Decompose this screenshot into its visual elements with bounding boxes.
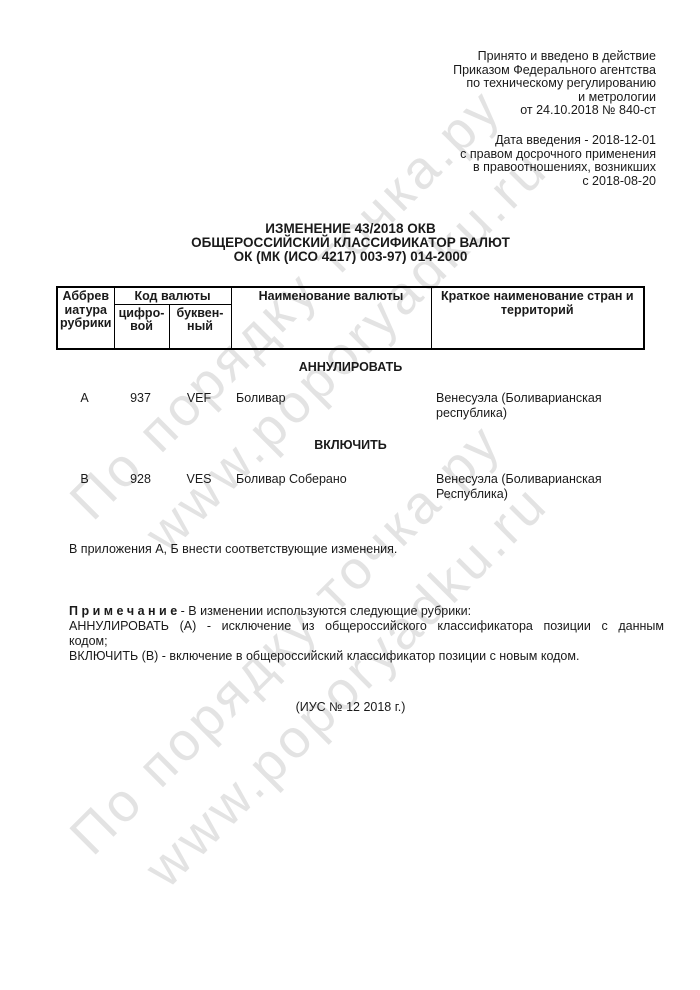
adoption-line: от 24.10.2018 № 840-ст [453,104,656,118]
source-reference: (ИУС № 12 2018 г.) [56,700,645,714]
document-page: По порядку точка.ру www.poporyadku.ru По… [0,0,700,990]
appendix-note: В приложения А, Б внести соответствующие… [69,542,664,557]
alpha-code-header: буквен- ный [169,304,231,349]
numeric-code-header: цифро- вой [114,304,169,349]
countries-header: Краткое наименование стран и территорий [431,287,644,349]
title-line: ОБЩЕРОССИЙСКИЙ КЛАССИФИКАТОР ВАЛЮТ [56,236,645,250]
introduction-line: с 2018-08-20 [460,175,656,189]
introduction-line: с правом досрочного применения [460,148,656,162]
table-row: А 937 VEF Боливар Венесуэла (Боливарианс… [56,391,645,420]
adoption-block: Принято и введено в действие Приказом Фе… [453,50,656,118]
row-numeric-code-cell: 937 [113,391,168,420]
introduction-line: в правоотношениях, возникших [460,161,656,175]
annul-section-label: АННУЛИРОВАТЬ [56,360,645,374]
adoption-line: Приказом Федерального агентства [453,64,656,78]
adoption-line: и метрологии [453,91,656,105]
rubric-abbrev-header: Аббрев иатура рубрики [57,287,114,349]
currency-code-header: Код валюты [114,287,231,304]
note-heading-line: П р и м е ч а н и е - В изменении исполь… [69,604,664,619]
row-currency-name-cell: Боливар [230,391,430,420]
document-title: ИЗМЕНЕНИЕ 43/2018 ОКВ ОБЩЕРОССИЙСКИЙ КЛА… [56,222,645,264]
adoption-line: Принято и введено в действие [453,50,656,64]
adoption-line: по техническому регулированию [453,77,656,91]
note-intro: - В изменении используются следующие руб… [181,604,471,618]
title-line: ИЗМЕНЕНИЕ 43/2018 ОКВ [56,222,645,236]
row-rubric-cell: А [56,391,113,420]
note-line: кодом; [69,634,664,649]
row-currency-name-cell: Боливар Соберано [230,472,430,501]
title-line: ОК (МК (ИСО 4217) 003-97) 014-2000 [56,250,645,264]
note-line: АННУЛИРОВАТЬ (А) - исключение из общерос… [69,619,664,634]
row-countries-cell: Венесуэла (Боливарианская Республика) [430,472,645,501]
introduction-date-block: Дата введения - 2018-12-01 с правом доср… [460,134,656,188]
note-line: ВКЛЮЧИТЬ (В) - включение в общероссийски… [69,649,664,664]
row-alpha-code-cell: VEF [168,391,230,420]
changes-table-header: Аббрев иатура рубрики Код валюты Наимено… [56,286,645,350]
row-alpha-code-cell: VES [168,472,230,501]
row-numeric-code-cell: 928 [113,472,168,501]
table-row: В 928 VES Боливар Соберано Венесуэла (Бо… [56,472,645,501]
introduction-line: Дата введения - 2018-12-01 [460,134,656,148]
currency-name-header: Наименование валюты [231,287,431,349]
include-section-label: ВКЛЮЧИТЬ [56,438,645,452]
note-label: П р и м е ч а н и е [69,604,177,618]
note-block: П р и м е ч а н и е - В изменении исполь… [69,604,664,664]
row-countries-cell: Венесуэла (Боливарианская республика) [430,391,645,420]
row-rubric-cell: В [56,472,113,501]
